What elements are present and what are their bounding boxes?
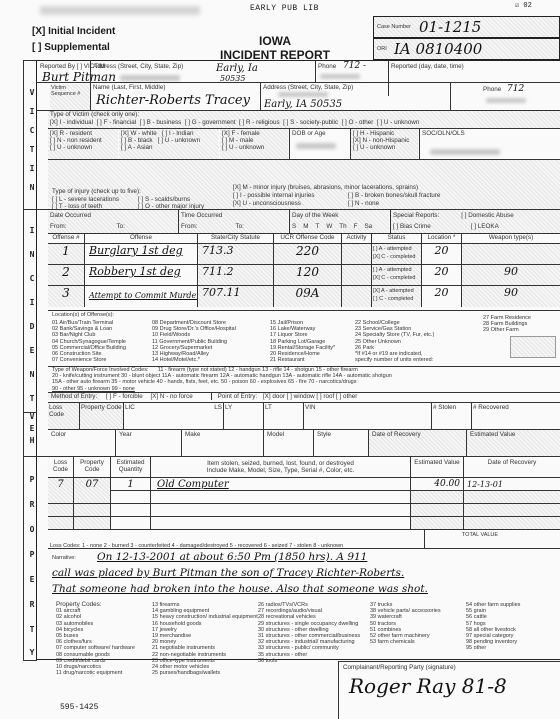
victim-phone[interactable]: 712 — [507, 84, 524, 94]
col-est-value: Estimated Value — [411, 457, 464, 477]
form-title: IOWA INCIDENT REPORT — [200, 34, 350, 62]
title-state: IOWA — [200, 34, 350, 48]
injury-unconscious[interactable]: [X] U - unconsciousness — [233, 200, 301, 207]
time-occurred-label: Time Occurred — [181, 212, 286, 219]
vehicle-property-code[interactable]: Property Code — [80, 403, 124, 429]
entry-noforce-checkbox[interactable]: [X] N - no force — [150, 393, 192, 400]
entry-row: Method of Entry: [ ] F - forcible [X] N … — [48, 393, 560, 402]
residency-unknown[interactable]: [ ] U - unknown — [50, 144, 116, 151]
vehicle-est-value[interactable]: Estimated Value — [467, 430, 560, 456]
victim-type-other[interactable]: [ ] O - other — [342, 119, 374, 126]
col-item: Item stolen, seized, burned, lost, found… — [151, 457, 411, 477]
injury-minor[interactable]: [X] M - minor injury (bruises, abrasions… — [233, 184, 418, 191]
injury-teeth[interactable]: [ ] T - loss of teeth — [52, 203, 102, 210]
victim-type-business[interactable]: [ ] B - business — [140, 119, 182, 126]
dob-label: DOB or Age — [292, 130, 347, 137]
victim-type-row: Type of Victim (check only one): [X] I -… — [48, 111, 560, 128]
reporter-address-redacted — [120, 75, 180, 81]
offense-row[interactable]: 1 Burglary 1st deg 713.3 220 [ ] A - att… — [48, 244, 560, 265]
property-row[interactable]: 7 07 1 Old Computer 40.00 12-13-01 — [48, 478, 560, 491]
residency-resident[interactable]: [X] R - resident — [50, 130, 116, 137]
col-ucr: UCR Offense Code — [274, 234, 342, 243]
col-statute: State/City Statute — [198, 234, 274, 243]
reporter-phone-redacted — [320, 74, 360, 79]
vehicle-ly[interactable]: LY — [224, 403, 264, 429]
victim-type-financial[interactable]: [ ] F - financial — [97, 119, 137, 126]
race-asian[interactable]: [ ] A - Asian — [121, 144, 217, 151]
injury-internal[interactable]: [ ] I - possible internal injuries — [233, 192, 315, 199]
point-of-entry-label: Point of Entry: — [211, 393, 258, 400]
initial-incident-checkbox[interactable]: [X] Initial Incident — [32, 26, 115, 37]
vehicle-year[interactable]: Year — [116, 430, 182, 456]
method-of-entry-label: Method of Entry: — [48, 393, 100, 400]
property-codes-col-1: Property Codes: 01 aircraft02 alcohol03 … — [56, 602, 135, 676]
injury-none[interactable]: [ ] N - none — [348, 200, 379, 207]
col-weapon: Weapon type(s) — [462, 234, 560, 243]
location-codes-col-5: 27 Farm Residence28 Farm Buildings29 Oth… — [483, 315, 531, 334]
property-row-empty[interactable] — [48, 517, 560, 530]
location-label: Location(s) of Offense(s): — [52, 312, 114, 318]
case-number-value[interactable]: 01-1215 — [419, 18, 481, 36]
signature-label: Complainant/Reporting Party (signature) — [343, 664, 456, 671]
date-occurred-label: Date Occurred — [50, 212, 176, 219]
day-friday[interactable]: F — [354, 223, 358, 230]
vehicle-ls[interactable]: LS — [174, 403, 224, 429]
victim-type-options: [X] I - individual [ ] F - financial [ ]… — [50, 119, 419, 126]
location-codes-col-1: 01 Air/Bus/Train Terminal02 Bank/Savings… — [52, 320, 126, 363]
day-of-week-label: Day of the Week — [292, 212, 387, 219]
col-offense-num: Offense # — [48, 234, 85, 243]
reporter-phone-label: Phone — [318, 63, 336, 70]
vehicle-make[interactable]: Make — [182, 430, 264, 456]
victim-name-label: Name (Last, First, Middle) — [93, 84, 165, 91]
victim-type-individual[interactable]: [X] I - individual — [50, 119, 93, 126]
sex-unknown[interactable]: [ ] U - unknown — [222, 144, 286, 151]
victim-type-religious[interactable]: [ ] R - religious — [239, 119, 280, 126]
day-of-week-field: Day of the Week S M T W Th F Sa — [289, 210, 389, 233]
residency-group: [X] R - resident [ ] N - non resident [ … — [48, 129, 118, 159]
vehicle-color[interactable]: Color — [48, 430, 116, 456]
injury-broken-bones[interactable]: [ ] B - broken bones/skull fracture — [348, 192, 440, 199]
bias-crime-checkbox[interactable]: [ ] Bias Crime — [393, 223, 431, 230]
race-unknown[interactable]: [ ] U - unknown — [158, 137, 200, 144]
property-row-empty[interactable] — [48, 491, 560, 504]
sex-male[interactable]: [ ] M - male — [222, 137, 286, 144]
soc-field[interactable]: SOC/OLN/OLS — [419, 129, 560, 159]
col-property-code: Property Code — [74, 457, 111, 477]
victim-address-label: Address (Street, City, State, Zip) — [263, 84, 353, 91]
location-codes-col-4: 22 School/College23 Service/Gas Station2… — [355, 320, 434, 363]
vehicle-recovered[interactable]: # Recovered — [472, 403, 560, 429]
day-thursday[interactable]: Th — [339, 223, 346, 230]
sex-group: [X] F - female [ ] M - male [ ] U - unkn… — [220, 129, 288, 159]
date-occurred-field[interactable]: Date Occurred From:To: — [48, 210, 178, 233]
property-codes-col-3: 26 radios/TVs/VCRs27 recordings/audio/vi… — [258, 602, 360, 664]
case-number-box: Case Number 01-1215 — [373, 16, 560, 38]
narrative-line-3: That someone had broken into the house. … — [52, 581, 557, 597]
total-value-label: TOTAL VALUE — [460, 532, 500, 538]
col-quantity: Estimated Quantity — [111, 457, 151, 477]
injury-group: Type of injury (check up to five): [X] M… — [48, 160, 560, 209]
day-sunday[interactable]: S — [292, 223, 296, 230]
vehicle-lic[interactable]: LIC — [124, 403, 174, 429]
vehicle-model[interactable]: Model — [264, 430, 314, 456]
injury-other-major[interactable]: [ ] O - other major injury — [138, 203, 204, 210]
vehicle-lt[interactable]: LT — [264, 403, 304, 429]
ethnicity-hispanic[interactable]: [ ] H - Hispanic — [353, 130, 416, 137]
signature-value: Roger Ray 81-8 — [349, 674, 507, 698]
property-row-empty[interactable] — [48, 504, 560, 517]
property-table-header: Loss Code Property Code Estimated Quanti… — [48, 457, 560, 477]
residency-nonresident[interactable]: [ ] N - non resident — [50, 137, 116, 144]
soc-redacted — [430, 149, 500, 155]
victim-address-redacted — [278, 92, 328, 97]
sex-female[interactable]: [X] F - female — [222, 130, 286, 137]
race-group: [X] W - white [ ] I - Indian [ ] B - bla… — [119, 129, 219, 159]
reporter-address-city[interactable]: Early, Ia — [216, 63, 258, 74]
day-tuesday[interactable]: T — [315, 223, 319, 230]
day-wednesday[interactable]: W — [326, 223, 332, 230]
narrative-text[interactable]: On 12-13-2001 at about 6:50 Pm (1850 hrs… — [52, 549, 557, 597]
property-rows: 7 07 1 Old Computer 40.00 12-13-01 — [48, 478, 560, 530]
ori-value[interactable]: IA 0810400 — [394, 40, 482, 58]
special-reports-label: Special Reports: — [393, 212, 439, 219]
injury-label: Type of injury (check up to five): — [52, 188, 141, 195]
ori-box: ORI IA 0810400 — [373, 38, 560, 60]
victim-name[interactable]: Richter-Roberts Tracey — [96, 93, 250, 108]
units-entered-box[interactable] — [510, 336, 556, 358]
vehicle-row-2: Color Year Make Model Style Date of Reco… — [48, 430, 560, 456]
victim-type-label: Type of Victim (check only one): — [50, 111, 139, 118]
domestic-abuse-checkbox[interactable]: [ ] Domestic Abuse — [461, 212, 514, 219]
narrative-line-1: On 12-13-2001 at about 6:50 Pm (1850 hrs… — [52, 549, 557, 565]
reported-time-label: Reported (day, date, time) — [391, 63, 464, 70]
soc-label: SOC/OLN/OLS — [422, 130, 558, 137]
ethnicity-group: [ ] H - Hispanic [X] N - non-Hispanic [ … — [350, 129, 418, 159]
race-white[interactable]: [X] W - white — [121, 130, 157, 137]
weapon-codes: Type of Weapon/Force Involved Codes: 11 … — [52, 367, 558, 392]
time-from-label: From: — [181, 223, 197, 230]
col-loss-code: Loss Code — [48, 457, 74, 477]
property-codes-col-4: 37 trucks38 vehicle parts/ accessories39… — [370, 602, 441, 645]
col-location: Location * — [422, 234, 462, 243]
leoka-checkbox[interactable]: [ ] LEOKA — [471, 223, 499, 230]
ethnicity-unknown[interactable]: [ ] U - unknown — [353, 144, 416, 151]
victim-address-city[interactable]: Early, IA 50535 — [264, 99, 342, 110]
vehicle-date-recovery[interactable]: Date of Recovery — [369, 430, 467, 456]
vehicle-vin[interactable]: VIN — [304, 403, 432, 429]
page-mark: ☑ 02 — [515, 1, 532, 10]
property-codes-col-2: 13 firearms14 gambling equipment15 heavy… — [152, 602, 258, 676]
dob-field[interactable]: DOB or Age — [289, 129, 349, 159]
race-indian[interactable]: [ ] I - Indian — [162, 130, 194, 137]
date-to-label: To: — [116, 223, 124, 230]
ori-label: ORI — [377, 46, 387, 52]
offense-rows: 1 Burglary 1st deg 713.3 220 [ ] A - att… — [48, 244, 560, 307]
victim-phone-label: Phone — [483, 86, 501, 93]
dob-redacted — [296, 143, 336, 149]
victim-type-government[interactable]: [ ] G - government — [185, 119, 236, 126]
injury-scalds[interactable]: [ ] S - scalds/burns — [138, 196, 190, 203]
reporter-phone[interactable]: 712 - — [343, 61, 366, 71]
date-from-label: From: — [50, 223, 66, 230]
victim-type-unknown[interactable]: [ ] U - unknown — [377, 119, 419, 126]
signature-box[interactable]: Complainant/Reporting Party (signature) … — [338, 661, 560, 719]
col-offense: Offense — [85, 234, 198, 243]
entry-point-options[interactable]: [X] door [ ] window [ ] roof [ ] other — [263, 393, 358, 400]
day-saturday[interactable]: Sa — [364, 223, 372, 230]
offense-table-header: Offense # Offense State/City Statute UCR… — [48, 234, 560, 243]
entry-forcible-checkbox[interactable]: [ ] F - forcible — [106, 393, 143, 400]
location-codes-col-2: 08 Department/Discount Store09 Drug Stor… — [152, 320, 236, 363]
vehicle-row-1: Loss Code Property Code LIC LS LY LT VIN… — [48, 403, 560, 429]
offense-row[interactable]: 3 Attempt to Commit Murder 707.11 09A [X… — [48, 286, 560, 307]
race-black[interactable]: [ ] B - black — [121, 137, 153, 144]
form-number: 595-1425 — [60, 703, 98, 712]
reporter-address-label: Address (Street, City, State, Zip) — [93, 63, 183, 70]
victim-phone-redacted — [486, 98, 526, 103]
special-reports-field: Special Reports:[ ] Domestic Abuse [ ] B… — [390, 210, 560, 233]
col-activity: Activity — [342, 234, 372, 243]
victim-type-society[interactable]: [ ] S - society-public — [283, 119, 338, 126]
day-monday[interactable]: M — [303, 223, 308, 230]
property-codes-col-5: 54 other farm supplies55 grain56 cattle5… — [466, 602, 520, 652]
vehicle-stolen[interactable]: # Stolen — [432, 403, 472, 429]
case-number-label: Case Number — [377, 24, 411, 30]
weapon-codes-label: Type of Weapon/Force Involved Codes: — [52, 367, 149, 373]
time-to-label: To: — [235, 223, 243, 230]
supplemental-checkbox[interactable]: [ ] Supplemental — [32, 42, 110, 53]
victim-sequence-label: Victim Sequence # — [50, 84, 90, 110]
vehicle-style[interactable]: Style — [314, 430, 369, 456]
time-occurred-field[interactable]: Time Occurred From:To: — [178, 210, 288, 233]
col-status: Status — [372, 234, 422, 243]
location-codes-col-3: 15 Jail/Prison16 Lake/Waterway17 Liquor … — [270, 320, 335, 363]
library-stamp: EARLY PUB LIB — [250, 4, 319, 13]
offense-row[interactable]: 2 Robbery 1st deg 711.2 120 [ ] A - atte… — [48, 265, 560, 286]
injury-severe-lacerations[interactable]: [ ] L - severe lacerations — [52, 196, 119, 203]
vehicle-loss-code[interactable]: Loss Code — [48, 403, 80, 429]
col-date-recovery: Date of Recovery — [464, 457, 560, 477]
blurred-header-text — [40, 6, 200, 15]
ethnicity-nonhispanic[interactable]: [X] N - non-Hispanic — [353, 137, 416, 144]
narrative-line-2: call was placed by Burt Pitman the son o… — [52, 565, 557, 581]
